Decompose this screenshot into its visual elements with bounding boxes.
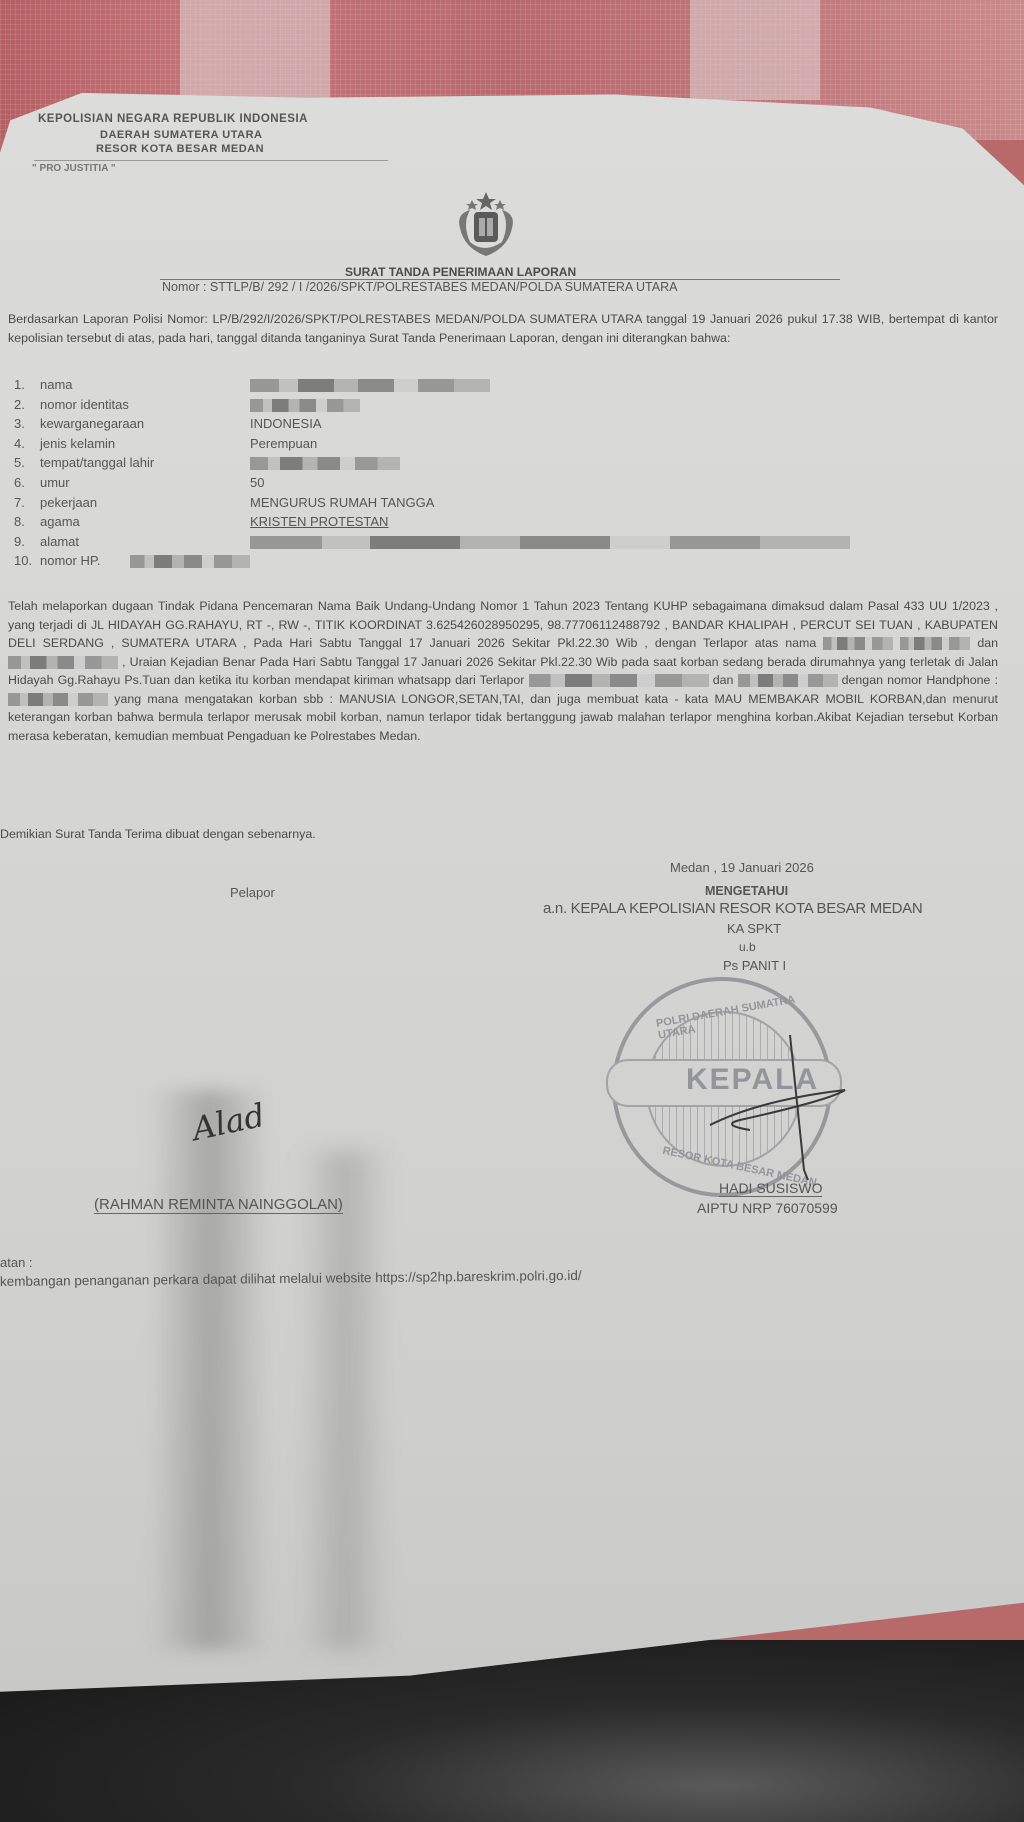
- field-label: pekerjaan: [40, 495, 97, 510]
- document-number: Nomor : STTLP/B/ 292 / I /2026/SPKT/POLR…: [162, 280, 677, 294]
- ub-label: u.b: [739, 940, 756, 954]
- field-label: umur: [40, 475, 70, 490]
- field-label: jenis kelamin: [40, 436, 115, 451]
- field-value-redacted: [130, 553, 250, 568]
- redaction-block: [250, 457, 400, 470]
- on-behalf-of: a.n. KEPALA KEPOLISIAN RESOR KOTA BESAR …: [543, 900, 922, 917]
- officer-name: HADI SUSISWO: [719, 1180, 822, 1196]
- footer-label: atan :: [0, 1255, 33, 1270]
- field-value-redacted: [250, 377, 490, 392]
- report-text: dan: [977, 636, 998, 650]
- field-number: 6.: [14, 475, 40, 490]
- fabric-print: [690, 0, 820, 100]
- field-number: 10.: [14, 553, 40, 568]
- redaction-block: [250, 536, 850, 549]
- field-value-redacted: [250, 455, 400, 470]
- report-body: Telah melaporkan dugaan Tindak Pidana Pe…: [8, 597, 998, 745]
- redacted-phone: [8, 693, 108, 706]
- field-value: MENGURUS RUMAH TANGGA: [250, 495, 434, 510]
- field-row: 8.agama: [14, 514, 80, 533]
- redacted-name: [529, 674, 709, 687]
- redacted-name: [738, 674, 838, 687]
- field-value-redacted: [250, 397, 360, 412]
- field-value: 50: [250, 475, 264, 490]
- field-label: nomor HP.: [40, 553, 100, 568]
- field-number: 8.: [14, 514, 40, 529]
- field-row: 4.jenis kelamin: [14, 436, 115, 455]
- redaction-block: [250, 399, 360, 412]
- field-label: tempat/tanggal lahir: [40, 455, 154, 470]
- place-date: Medan , 19 Januari 2026: [670, 860, 814, 875]
- field-row: 10.nomor HP.: [14, 553, 100, 572]
- field-row: 2.nomor identitas: [14, 397, 129, 416]
- field-row: 3.kewarganegaraan: [14, 416, 144, 435]
- reporter-label: Pelapor: [230, 885, 275, 900]
- position-label: Ps PANIT I: [723, 958, 786, 973]
- field-number: 7.: [14, 495, 40, 510]
- acknowledge-label: MENGETAHUI: [705, 884, 788, 898]
- field-row: 7.pekerjaan: [14, 495, 97, 514]
- officer-name-text: HADI SUSISWO: [719, 1180, 822, 1197]
- unit-label: KA SPKT: [727, 921, 781, 936]
- reporter-name: (RAHMAN REMINTA NAINGGOLAN): [94, 1196, 343, 1213]
- field-number: 3.: [14, 416, 40, 431]
- report-text: dengan nomor Handphone :: [842, 673, 998, 687]
- field-row: 1.nama: [14, 377, 73, 396]
- header-line-3: RESOR KOTA BESAR MEDAN: [96, 143, 264, 155]
- field-row: 5.tempat/tanggal lahir: [14, 455, 154, 474]
- field-label: alamat: [40, 534, 79, 549]
- finger-shadow: [300, 1150, 390, 1650]
- field-number: 1.: [14, 377, 40, 392]
- closing-statement: Demikian Surat Tanda Terima dibuat denga…: [0, 827, 316, 841]
- redaction-block: [250, 379, 490, 392]
- report-text: dan: [713, 673, 734, 687]
- header-line-1: KEPOLISIAN NEGARA REPUBLIK INDONESIA: [38, 113, 308, 125]
- police-emblem-icon: [450, 190, 522, 260]
- fabric-print: [180, 0, 330, 100]
- redacted-name: [823, 637, 893, 650]
- redacted-name: [8, 656, 118, 669]
- reporter-name-text: (RAHMAN REMINTA NAINGGOLAN): [94, 1196, 343, 1214]
- field-value: Perempuan: [250, 436, 317, 451]
- redacted-name: [900, 637, 970, 650]
- field-label: kewarganegaraan: [40, 416, 144, 431]
- report-text: yang mana mengatakan korban sbb : MANUSI…: [8, 692, 998, 743]
- field-row: 9.alamat: [14, 534, 79, 553]
- redaction-block: [130, 555, 250, 568]
- document-title: SURAT TANDA PENERIMAAN LAPORAN: [345, 265, 576, 279]
- header-divider: [34, 160, 388, 161]
- pro-justitia: " PRO JUSTITIA ": [32, 163, 116, 174]
- field-value: INDONESIA: [250, 416, 322, 431]
- field-label: agama: [40, 514, 80, 529]
- field-value: KRISTEN PROTESTAN: [250, 514, 388, 529]
- officer-rank: AIPTU NRP 76070599: [697, 1200, 838, 1216]
- field-value-redacted: [250, 534, 850, 549]
- field-number: 4.: [14, 436, 40, 451]
- header-line-2: DAERAH SUMATERA UTARA: [100, 129, 262, 141]
- officer-signature: [680, 1030, 860, 1190]
- field-label: nomor identitas: [40, 397, 129, 412]
- field-number: 9.: [14, 534, 40, 549]
- field-number: 2.: [14, 397, 40, 412]
- finger-shadow: [150, 1090, 270, 1650]
- field-number: 5.: [14, 455, 40, 470]
- intro-paragraph: Berdasarkan Laporan Polisi Nomor: LP/B/2…: [8, 310, 998, 347]
- field-label: nama: [40, 377, 73, 392]
- field-row: 6.umur: [14, 475, 70, 494]
